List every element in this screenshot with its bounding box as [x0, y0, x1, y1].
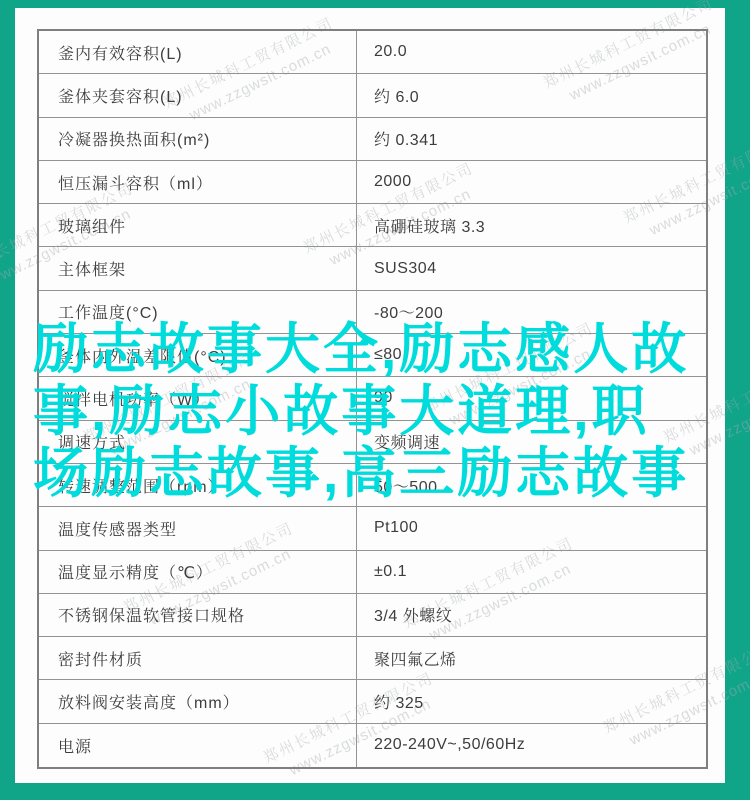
spec-value: 2000 [357, 161, 706, 203]
spec-value: 3/4 外螺纹 [357, 594, 706, 636]
table-row: 密封件材质 聚四氟乙烯 [39, 637, 706, 680]
table-row: 转速调整范围（rpm） 50～500 [39, 464, 706, 507]
page: { "colors": { "frame_green": "#10a489", … [0, 0, 750, 800]
spec-label: 不锈钢保温软管接口规格 [39, 594, 357, 636]
table-row: 不锈钢保温软管接口规格 3/4 外螺纹 [39, 594, 706, 637]
spec-label: 工作温度(°C) [39, 291, 357, 333]
table-row: 釜体内外温差限值(°C) ≤80 [39, 334, 706, 377]
table-row: 调速方式 变频调速 [39, 421, 706, 464]
spec-value: 约 0.341 [357, 118, 706, 160]
spec-label: 搅拌电机功率（W） [39, 377, 357, 419]
spec-value: -80～200 [357, 291, 706, 333]
spec-value: 20.0 [357, 31, 706, 73]
spec-value: SUS304 [357, 247, 706, 289]
table-row: 温度传感器类型 Pt100 [39, 507, 706, 550]
spec-label: 主体框架 [39, 247, 357, 289]
spec-value: 50～500 [357, 464, 706, 506]
table-row: 温度显示精度（℃） ±0.1 [39, 551, 706, 594]
table-row: 放料阀安装高度（mm） 约 325 [39, 680, 706, 723]
spec-label: 电源 [39, 724, 357, 767]
spec-label: 恒压漏斗容积（ml） [39, 161, 357, 203]
spec-value: Pt100 [357, 507, 706, 549]
table-row: 釜体夹套容积(L) 约 6.0 [39, 74, 706, 117]
table-row: 主体框架 SUS304 [39, 247, 706, 290]
table-row: 冷凝器换热面积(m²) 约 0.341 [39, 118, 706, 161]
spec-value: ≤80 [357, 334, 706, 376]
table-row: 玻璃组件 高硼硅玻璃 3.3 [39, 204, 706, 247]
spec-value: ±0.1 [357, 551, 706, 593]
spec-value: 高硼硅玻璃 3.3 [357, 204, 706, 246]
spec-label: 温度传感器类型 [39, 507, 357, 549]
spec-label: 釜体夹套容积(L) [39, 74, 357, 116]
table-row: 工作温度(°C) -80～200 [39, 291, 706, 334]
spec-value: 约 6.0 [357, 74, 706, 116]
spec-label: 放料阀安装高度（mm） [39, 680, 357, 722]
spec-label: 转速调整范围（rpm） [39, 464, 357, 506]
spec-label: 冷凝器换热面积(m²) [39, 118, 357, 160]
table-row: 电源 220-240V~,50/60Hz [39, 724, 706, 767]
table-row: 搅拌电机功率（W） 90 [39, 377, 706, 420]
spec-value: 90 [357, 377, 706, 419]
spec-label: 玻璃组件 [39, 204, 357, 246]
spec-table: 釜内有效容积(L) 20.0 釜体夹套容积(L) 约 6.0 冷凝器换热面积(m… [37, 29, 708, 769]
spec-value: 约 325 [357, 680, 706, 722]
spec-value: 变频调速 [357, 421, 706, 463]
table-row: 恒压漏斗容积（ml） 2000 [39, 161, 706, 204]
spec-label: 釜体内外温差限值(°C) [39, 334, 357, 376]
table-row: 釜内有效容积(L) 20.0 [39, 31, 706, 74]
spec-label: 密封件材质 [39, 637, 357, 679]
spec-value: 220-240V~,50/60Hz [357, 724, 706, 767]
spec-label: 温度显示精度（℃） [39, 551, 357, 593]
spec-value: 聚四氟乙烯 [357, 637, 706, 679]
spec-label: 釜内有效容积(L) [39, 31, 357, 73]
spec-label: 调速方式 [39, 421, 357, 463]
